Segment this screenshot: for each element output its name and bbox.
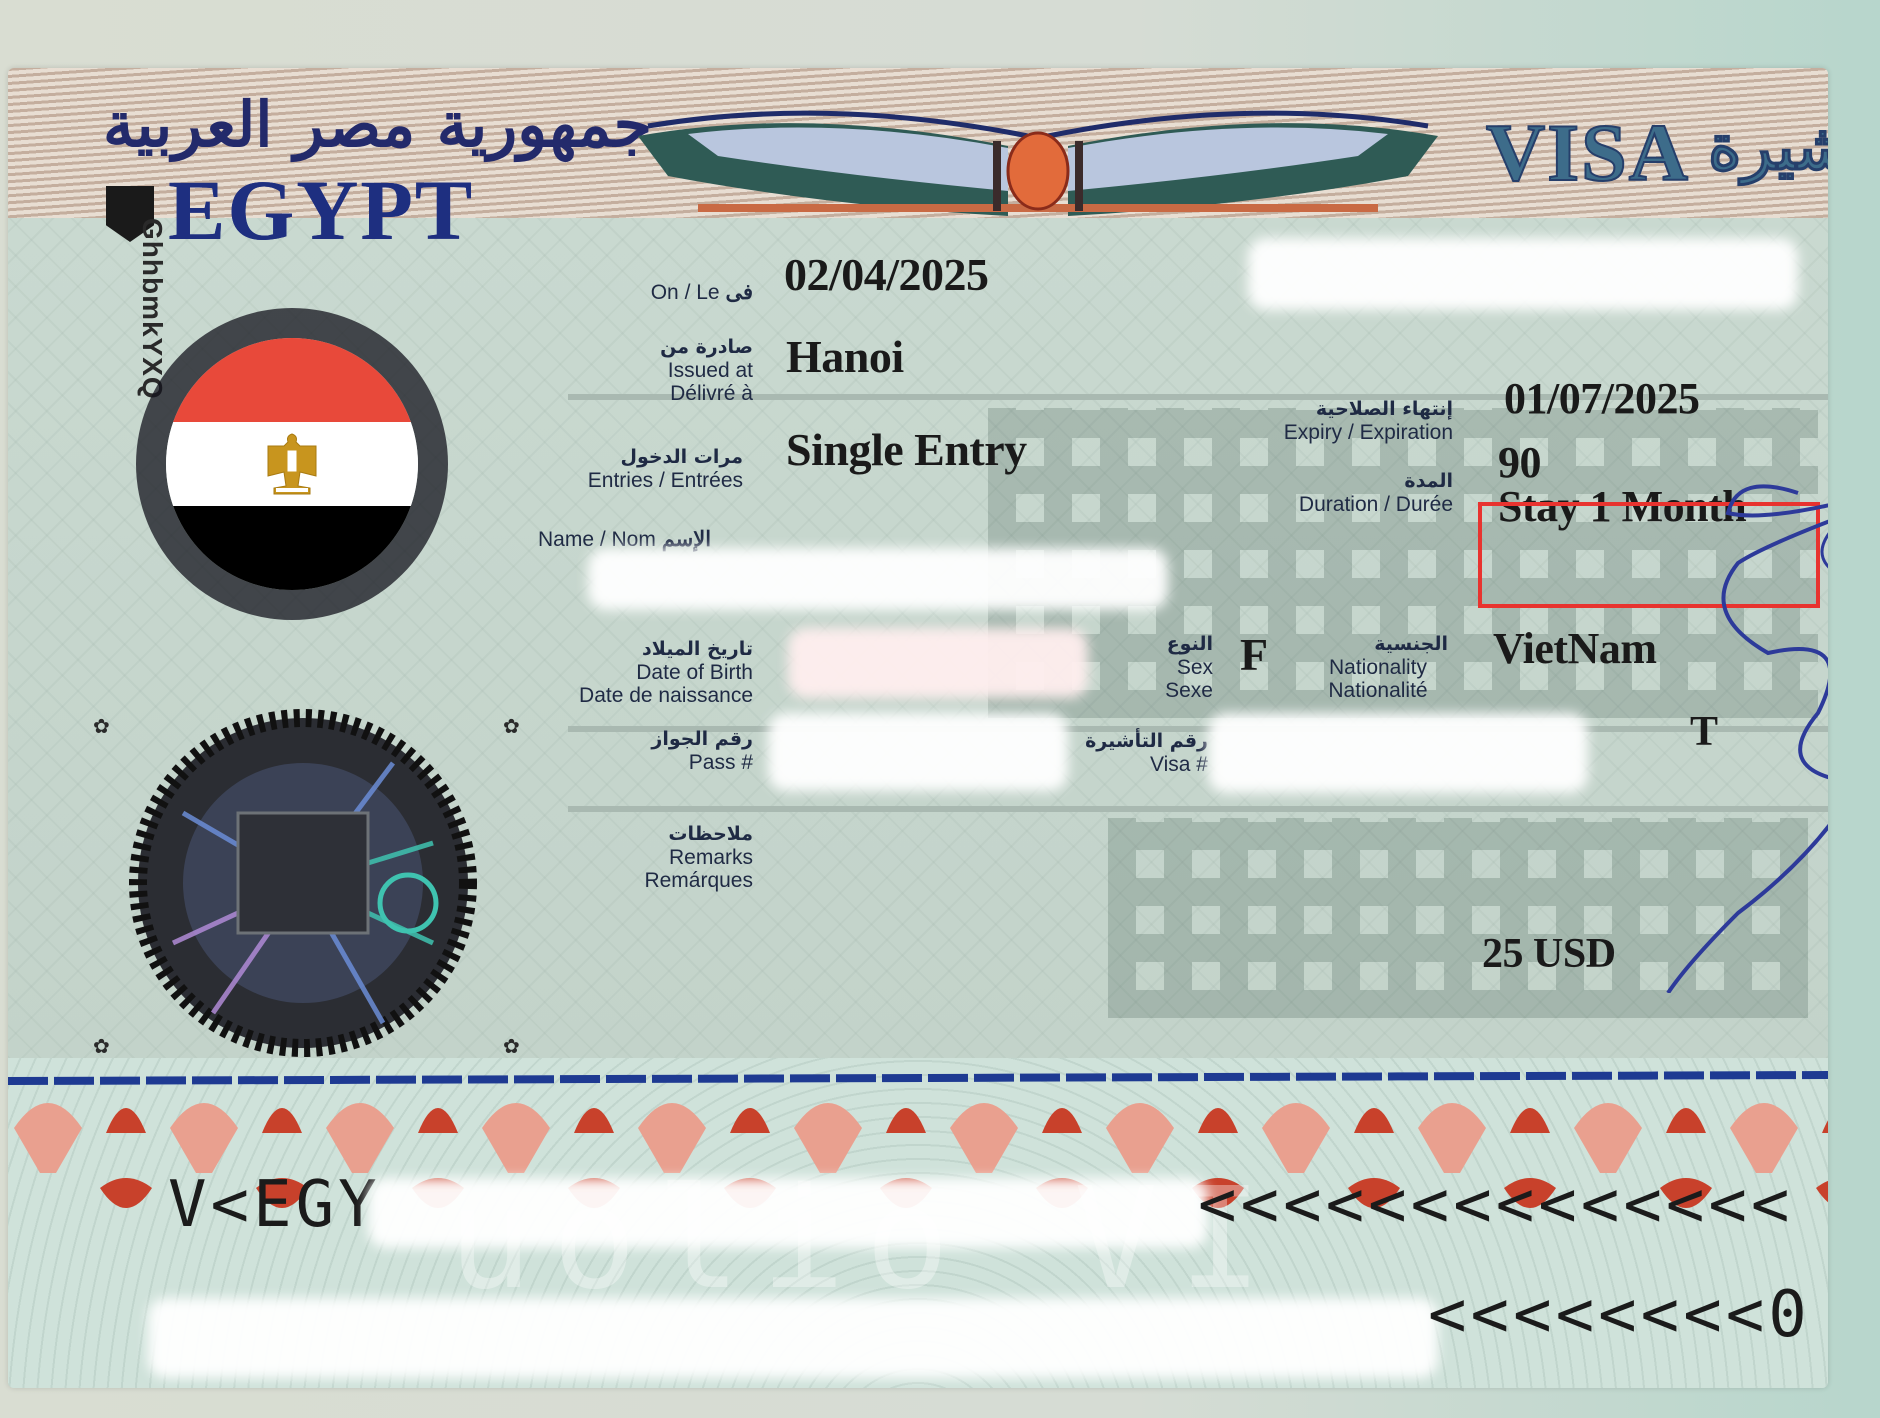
hologram-seal-icon: ✿ ✿ ✿ ✿ [63,703,543,1068]
document-type: VISA [1486,106,1690,200]
winged-sun-emblem-icon [608,96,1468,226]
egypt-flag-icon [166,338,418,590]
mrz-line1-start: V<EGY [168,1168,381,1242]
document-type-arabic: تأشيرة [1708,110,1828,185]
sex-value: F [1240,628,1268,681]
country-name-arabic: جمهورية مصر العربية [103,88,652,161]
entries-value: Single Entry [786,423,1027,476]
svg-text:✿: ✿ [503,714,520,738]
issue-date-label: On / Le فى [528,281,753,304]
expiry-value: 01/07/2025 [1504,373,1699,424]
mrz-line2-redaction [148,1298,1438,1378]
nationality-label: الجنسية Nationality Nationalité [1308,633,1448,702]
dob-label: تاريخ الميلاد Date of Birth Date de nais… [528,638,753,707]
passport-label: رقم الجواز Pass # [528,728,753,774]
signature-scribble [1438,453,1828,993]
entries-label: مرات الدخول Entries / Entrées [488,446,743,492]
mrz-line2-end: <<<<<<<<0 [1428,1278,1811,1352]
svg-text:✿: ✿ [503,1034,520,1058]
sex-label: النوع Sex Sexe [1108,633,1213,702]
serial-number: GhhbmkYXQ [136,218,168,400]
svg-text:✿: ✿ [93,714,110,738]
top-right-redaction [1248,238,1798,310]
passport-redaction [768,713,1068,791]
visa-number-label: رقم التأشيرة Visa # [1068,730,1208,776]
mrz-line1-redaction [368,1178,1208,1248]
visa-sticker: جمهورية مصر العربية EGYPT VISA تأشيرة Gh… [8,68,1828,1388]
mrz-line1-end: <<<<<<<<<<<<<< [1198,1168,1793,1242]
dob-redaction [788,628,1088,698]
issued-at-value: Hanoi [786,330,904,383]
remarks-label: ملاحظات Remarks Remárques [528,823,753,892]
expiry-label: إنتهاء الصلاحية Expiry / Expiration [1208,398,1453,444]
eagle-emblem-icon [264,432,320,496]
svg-text:✿: ✿ [93,1034,110,1058]
duration-label: المدة Duration / Durée [1208,470,1453,516]
name-redaction [588,548,1168,610]
issued-at-label: صادرة من Issued at Délivré à [528,336,753,405]
issue-date-value: 02/04/2025 [784,248,989,301]
country-name: EGYPT [168,160,474,260]
